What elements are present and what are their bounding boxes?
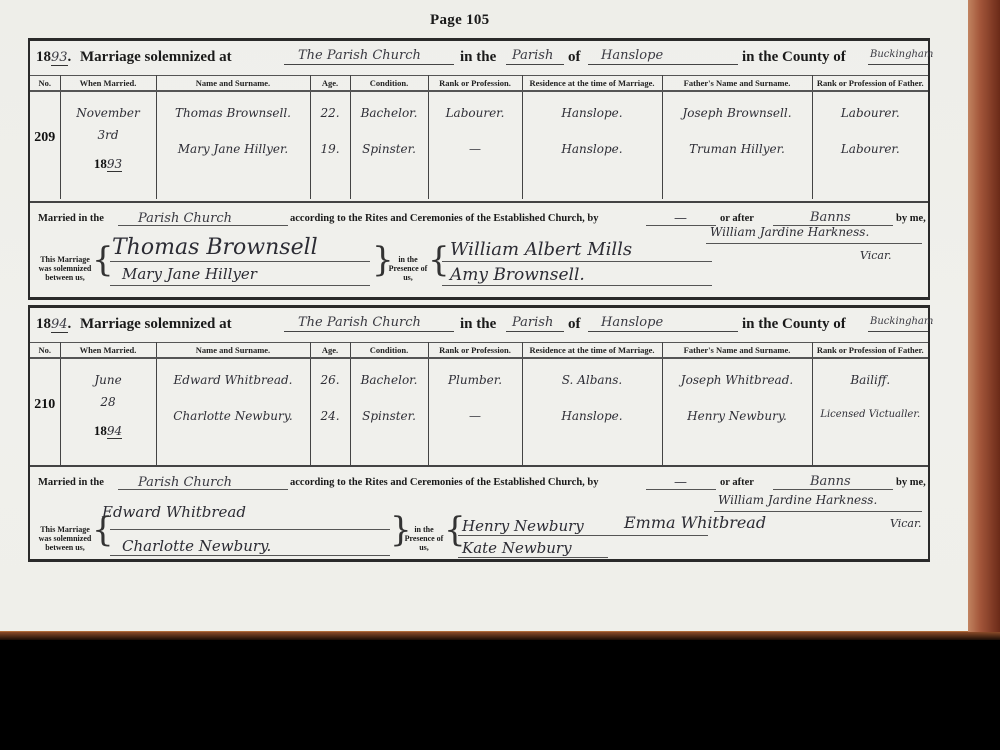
entry-number: 209: [30, 130, 60, 146]
county-name: Buckingham: [870, 316, 933, 327]
bride-condition: Spinster.: [351, 409, 428, 423]
groom-rank: Plumber.: [429, 373, 522, 387]
col-header: Age.: [310, 76, 350, 91]
printed-label: of: [568, 49, 581, 66]
printed-label: Married in the: [38, 213, 104, 224]
witness-signature: Kate Newbury: [462, 539, 572, 557]
groom-residence: S. Albans.: [523, 373, 662, 387]
printed-label: in the: [460, 49, 496, 66]
col-header: Condition.: [350, 76, 428, 91]
names-cell: Thomas Brownsell. Mary Jane Hillyer.: [156, 91, 310, 199]
marriage-day: 28: [61, 395, 156, 409]
witness-signature: William Albert Mills: [450, 239, 632, 260]
groom-father-name: Joseph Brownsell.: [663, 106, 812, 120]
bride-age: 19.: [311, 142, 350, 156]
col-header: Rank or Profession of Father.: [812, 76, 928, 91]
groom-rank: Labourer.: [429, 106, 522, 120]
officiant-title: Vicar.: [860, 249, 892, 262]
father-name-cell: Joseph Whitbread. Henry Newbury.: [662, 358, 812, 466]
col-header: Name and Surname.: [156, 76, 310, 91]
printed-label: or after: [720, 213, 754, 224]
or-after-banns: Banns: [810, 474, 851, 489]
witness-signature: Henry Newbury: [462, 517, 584, 535]
entry-footer: Married in the Parish Church according t…: [30, 201, 928, 297]
col-header: Father's Name and Surname.: [662, 343, 812, 358]
printed-label: by me,: [896, 213, 926, 224]
bride-rank: —: [429, 142, 522, 156]
col-header: No.: [30, 343, 60, 358]
married-in-place: Parish Church: [138, 475, 232, 490]
printed-label: in the: [460, 316, 496, 333]
bride-signature: Charlotte Newbury.: [122, 537, 271, 555]
groom-age: 22.: [311, 106, 350, 120]
col-header: Age.: [310, 343, 350, 358]
register-page: Page 105 1893. Marriage solemnized at Th…: [0, 0, 968, 634]
bride-residence: Hanslope.: [523, 142, 662, 156]
brace: {: [92, 243, 114, 277]
entry-table: No. When Married. Name and Surname. Age.…: [30, 75, 928, 199]
rank-cell: Plumber. —: [428, 358, 522, 466]
column-headers: No. When Married. Name and Surname. Age.…: [30, 343, 928, 358]
by-licence: —: [674, 211, 687, 226]
parish-name: Hanslope: [601, 48, 663, 63]
witness-signature: Emma Whitbread: [624, 513, 766, 532]
groom-signature: Edward Whitbread: [102, 503, 246, 521]
brace: {: [92, 513, 114, 547]
district-type: Parish: [512, 48, 553, 63]
bride-residence: Hanslope.: [523, 409, 662, 423]
age-cell: 22. 19.: [310, 91, 350, 199]
marriage-entry-210: 1894. Marriage solemnized at The Parish …: [28, 305, 930, 562]
rank-cell: Labourer. —: [428, 91, 522, 199]
bride-rank: —: [429, 409, 522, 423]
book-shadow: [0, 632, 1000, 640]
marriage-month: June: [61, 373, 156, 387]
entry-year: 1894.: [36, 316, 71, 333]
residence-cell: Hanslope. Hanslope.: [522, 91, 662, 199]
groom-residence: Hanslope.: [523, 106, 662, 120]
col-header: No.: [30, 76, 60, 91]
entry-number-cell: 209: [30, 91, 60, 199]
printed-label: Marriage solemnized at: [80, 49, 232, 66]
entry-number: 210: [30, 397, 60, 413]
entry-headline: 1894. Marriage solemnized at The Parish …: [36, 314, 922, 336]
presence-label: in the Presence of us,: [388, 255, 428, 282]
groom-father-rank: Labourer.: [813, 106, 929, 120]
married-in-place: Parish Church: [138, 211, 232, 226]
table-row: 209 November 3rd 1893 Thomas Brownsell. …: [30, 91, 928, 199]
condition-cell: Bachelor. Spinster.: [350, 358, 428, 466]
groom-signature: Thomas Brownsell: [112, 235, 318, 260]
place-of-marriage: The Parish Church: [298, 315, 421, 330]
by-licence: —: [674, 475, 687, 490]
column-headers: No. When Married. Name and Surname. Age.…: [30, 76, 928, 91]
bride-name: Charlotte Newbury.: [157, 409, 310, 423]
bride-father-name: Henry Newbury.: [663, 409, 812, 423]
date-cell: November 3rd 1893: [60, 91, 156, 199]
entry-table: No. When Married. Name and Surname. Age.…: [30, 342, 928, 466]
parish-name: Hanslope: [601, 315, 663, 330]
printed-label: Married in the: [38, 477, 104, 488]
district-type: Parish: [512, 315, 553, 330]
marriage-day: 3rd: [61, 128, 156, 142]
bride-father-rank: Licensed Victualler.: [813, 409, 929, 420]
witness-signature: Amy Brownsell.: [450, 265, 585, 285]
place-of-marriage: The Parish Church: [298, 48, 421, 63]
col-header: Rank or Profession of Father.: [812, 343, 928, 358]
bride-age: 24.: [311, 409, 350, 423]
page-number: Page 105: [430, 12, 489, 29]
col-header: Name and Surname.: [156, 343, 310, 358]
printed-label: of: [568, 316, 581, 333]
col-header: Rank or Profession.: [428, 343, 522, 358]
printed-label: according to the Rites and Ceremonies of…: [290, 477, 599, 488]
entry-headline: 1893. Marriage solemnized at The Parish …: [36, 47, 922, 69]
col-header: Residence at the time of Marriage.: [522, 343, 662, 358]
printed-label: in the County of: [742, 316, 846, 333]
col-header: Residence at the time of Marriage.: [522, 76, 662, 91]
groom-condition: Bachelor.: [351, 373, 428, 387]
printed-label: Marriage solemnized at: [80, 316, 232, 333]
groom-name: Edward Whitbread.: [157, 373, 310, 387]
bride-condition: Spinster.: [351, 142, 428, 156]
groom-father-name: Joseph Whitbread.: [663, 373, 812, 387]
col-header: Father's Name and Surname.: [662, 76, 812, 91]
col-header: Condition.: [350, 343, 428, 358]
entry-number-cell: 210: [30, 358, 60, 466]
printed-label: in the County of: [742, 49, 846, 66]
officiant-signature: William Jardine Harkness.: [718, 493, 877, 507]
marriage-year: 1894: [61, 423, 156, 439]
presence-label: in the Presence of us,: [404, 525, 444, 552]
groom-father-rank: Bailiff.: [813, 373, 929, 387]
bride-father-name: Truman Hillyer.: [663, 142, 812, 156]
groom-condition: Bachelor.: [351, 106, 428, 120]
solemnized-label: This Marriage was solemnized between us,: [36, 525, 94, 552]
col-header: When Married.: [60, 343, 156, 358]
or-after-banns: Banns: [810, 210, 851, 225]
groom-name: Thomas Brownsell.: [157, 106, 310, 120]
bride-name: Mary Jane Hillyer.: [157, 142, 310, 156]
printed-label: or after: [720, 477, 754, 488]
date-cell: June 28 1894: [60, 358, 156, 466]
officiant-signature: William Jardine Harkness.: [710, 225, 869, 239]
father-rank-cell: Labourer. Labourer.: [812, 91, 928, 199]
table-row: 210 June 28 1894 Edward Whitbread. Charl…: [30, 358, 928, 466]
entry-footer: Married in the Parish Church according t…: [30, 465, 928, 559]
marriage-year: 1893: [61, 156, 156, 172]
marriage-month: November: [61, 106, 156, 120]
entry-year: 1893.: [36, 49, 71, 66]
age-cell: 26. 24.: [310, 358, 350, 466]
brace: {: [428, 243, 450, 277]
solemnized-label: This Marriage was solemnized between us,: [36, 255, 94, 282]
printed-label: according to the Rites and Ceremonies of…: [290, 213, 599, 224]
printed-label: by me,: [896, 477, 926, 488]
officiant-title: Vicar.: [890, 517, 922, 530]
father-rank-cell: Bailiff. Licensed Victualler.: [812, 358, 928, 466]
col-header: When Married.: [60, 76, 156, 91]
condition-cell: Bachelor. Spinster.: [350, 91, 428, 199]
marriage-entry-209: 1893. Marriage solemnized at The Parish …: [28, 38, 930, 300]
father-name-cell: Joseph Brownsell. Truman Hillyer.: [662, 91, 812, 199]
residence-cell: S. Albans. Hanslope.: [522, 358, 662, 466]
bride-father-rank: Labourer.: [813, 142, 929, 156]
col-header: Rank or Profession.: [428, 76, 522, 91]
bride-signature: Mary Jane Hillyer: [122, 265, 257, 283]
groom-age: 26.: [311, 373, 350, 387]
names-cell: Edward Whitbread. Charlotte Newbury.: [156, 358, 310, 466]
county-name: Buckingham: [870, 49, 933, 60]
